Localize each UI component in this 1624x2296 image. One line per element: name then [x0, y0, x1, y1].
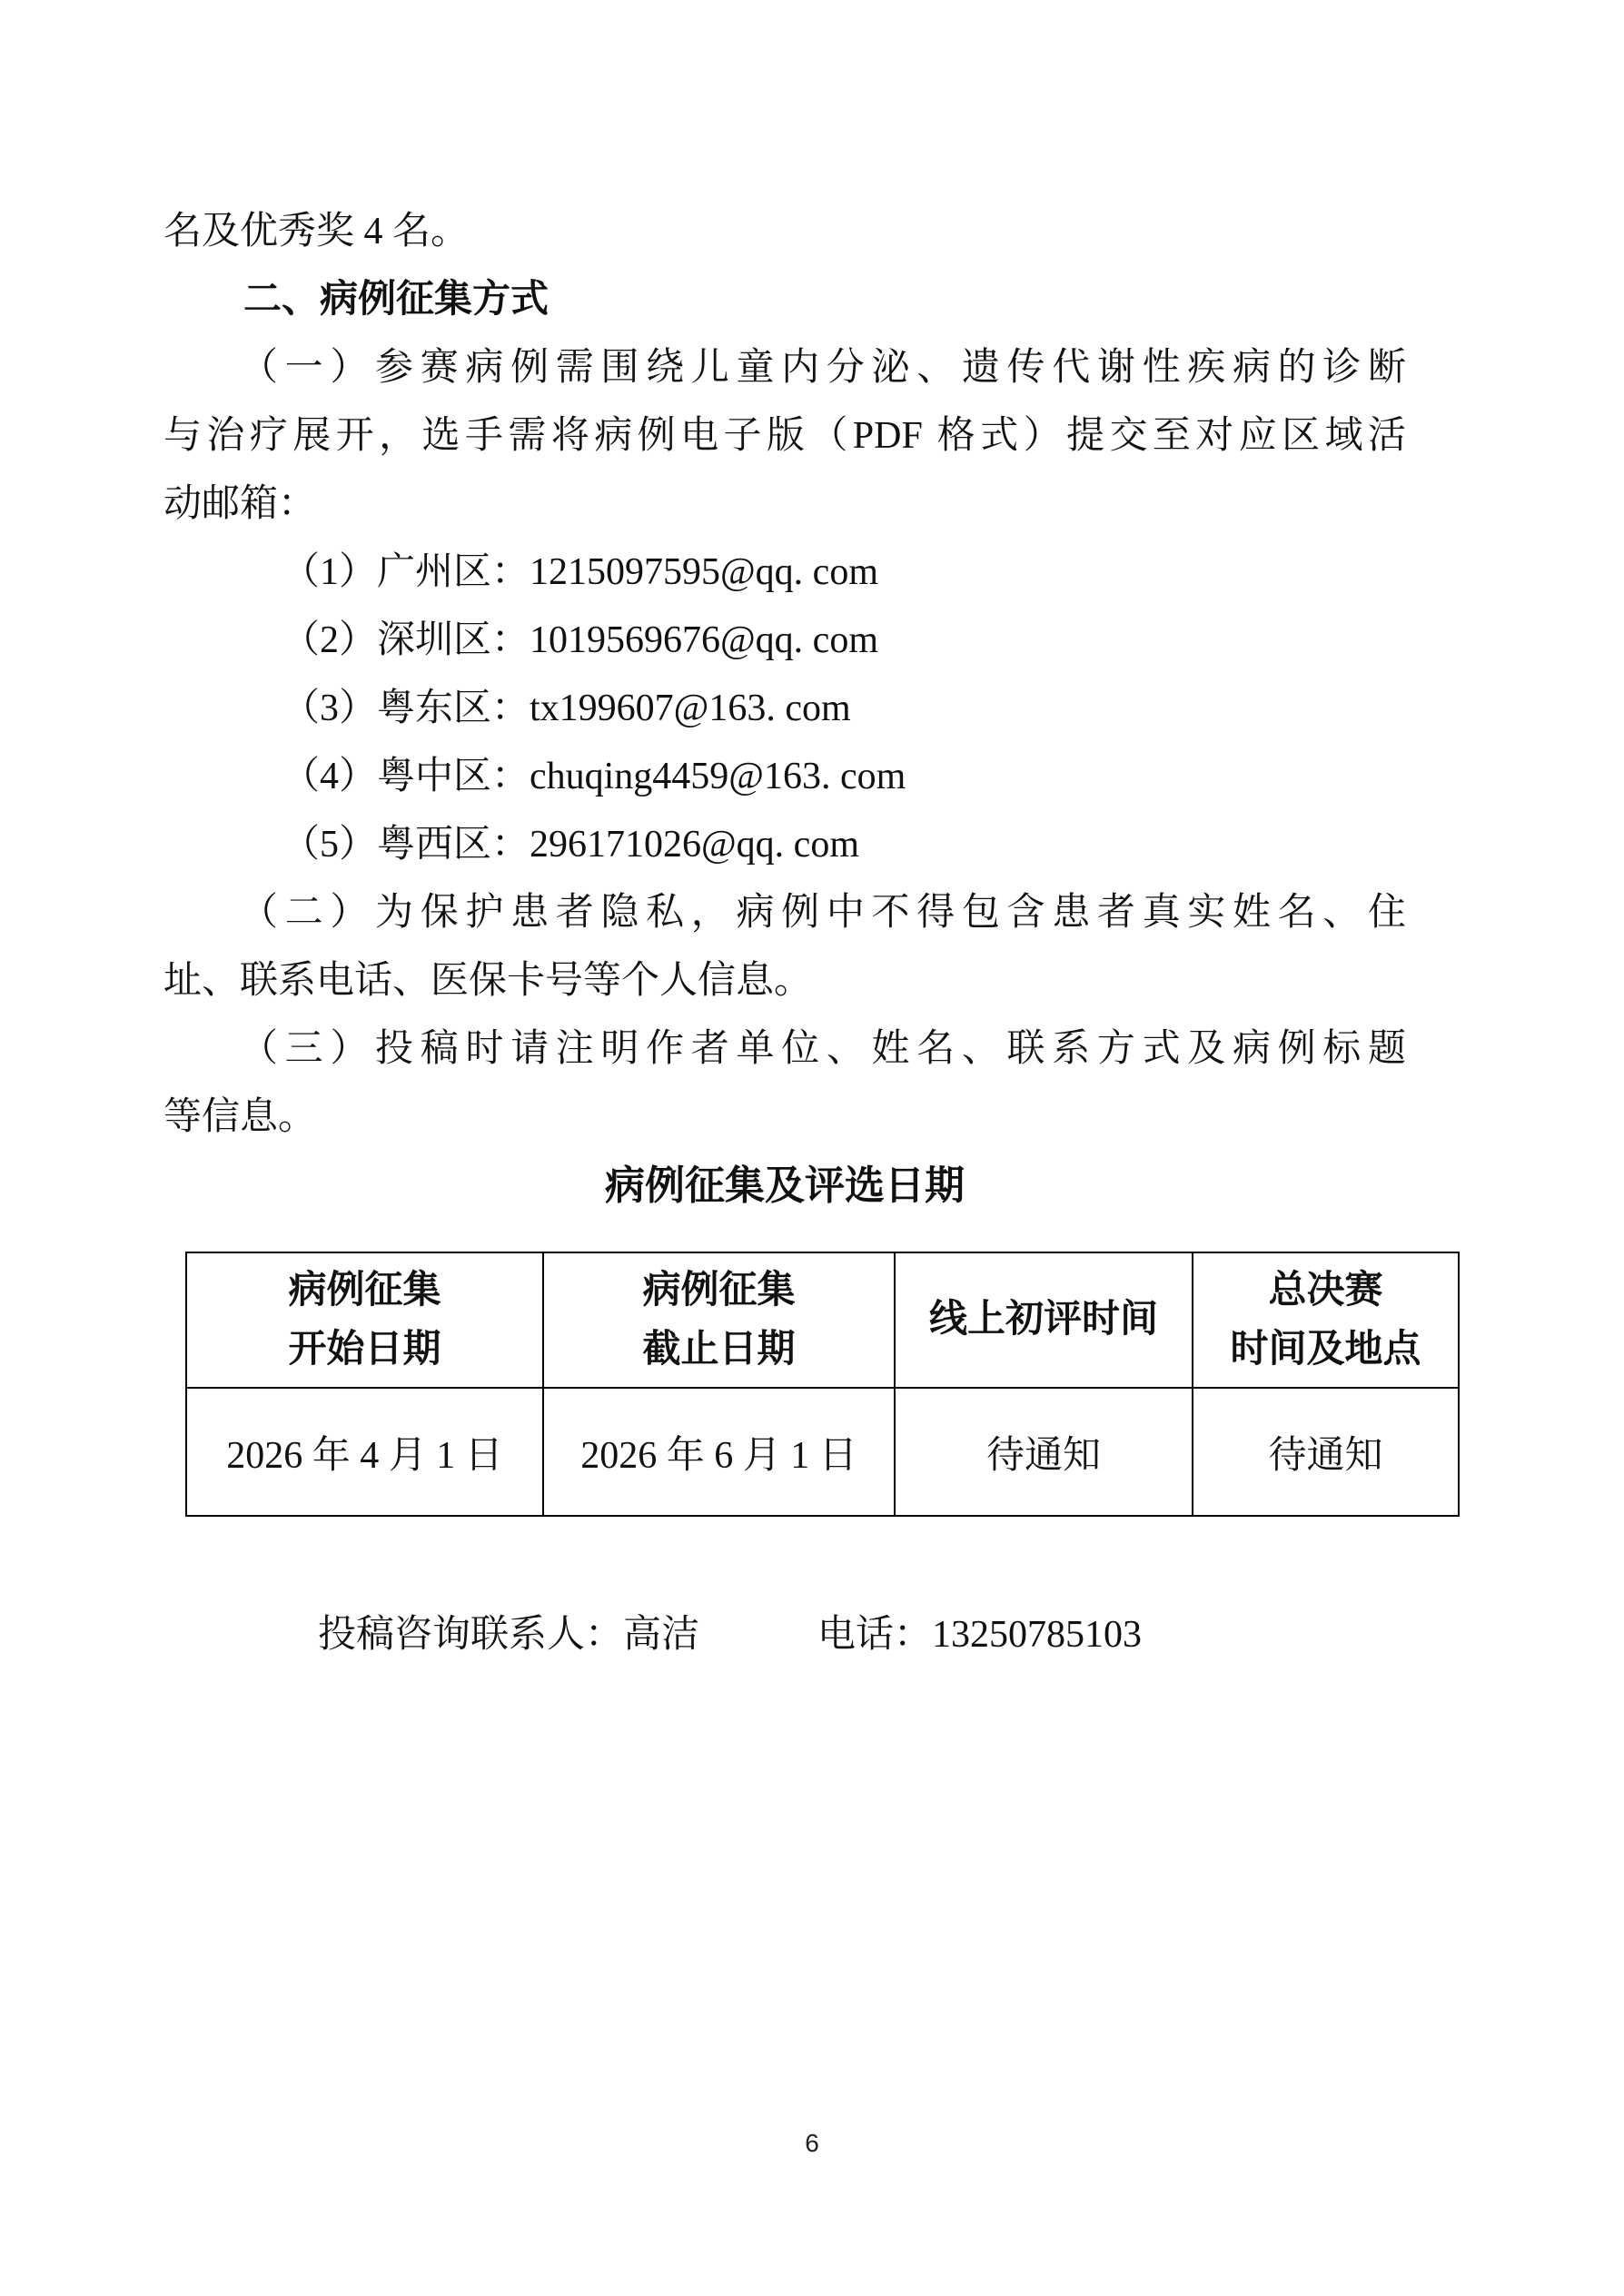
email-item: （1）广州区：1215097595@qq. com [163, 539, 1406, 607]
document-body: 名及优秀奖 4 名。 二、病例征集方式 （一）参赛病例需围绕儿童内分泌、遗传代谢… [163, 198, 1406, 1220]
cell-final: 待通知 [1193, 1388, 1459, 1516]
header-line: 病例征集 [288, 1262, 441, 1321]
header-cell-end-date: 病例征集 截止日期 [543, 1252, 895, 1388]
email-item: （4）粤中区：chuqing4459@163. com [163, 743, 1406, 811]
cell-start-date: 2026 年 4 月 1 日 [186, 1388, 543, 1516]
document-page: 名及优秀奖 4 名。 二、病例征集方式 （一）参赛病例需围绕儿童内分泌、遗传代谢… [0, 0, 1624, 2296]
table-data-row: 2026 年 4 月 1 日 2026 年 6 月 1 日 待通知 待通知 [186, 1388, 1459, 1516]
contact-person: 投稿咨询联系人：高洁 [163, 1614, 699, 1656]
header-line: 总决赛 [1268, 1262, 1382, 1321]
email-item: （3）粤东区：tx199607@163. com [163, 675, 1406, 743]
header-line: 时间及地点 [1230, 1321, 1421, 1380]
header-cell-start-date: 病例征集 开始日期 [186, 1252, 543, 1388]
email-item: （2）深圳区：1019569676@qq. com [163, 607, 1406, 675]
header-cell-online-review: 线上初评时间 [895, 1252, 1193, 1388]
header-line: 线上初评时间 [929, 1291, 1158, 1350]
paragraph-line: 址、联系电话、医保卡号等个人信息。 [163, 947, 1406, 1015]
table-header-row: 病例征集 开始日期 病例征集 截止日期 线上初评时间 [186, 1252, 1459, 1388]
section-heading: 二、病例征集方式 [163, 266, 1406, 334]
header-line: 开始日期 [288, 1321, 441, 1380]
paragraph-line: 与治疗展开，选手需将病例电子版（PDF 格式）提交至对应区域活 [163, 402, 1406, 470]
contact-phone: 电话：13250785103 [817, 1614, 1142, 1656]
header-cell-final: 总决赛 时间及地点 [1193, 1252, 1459, 1388]
schedule-table: 病例征集 开始日期 病例征集 截止日期 线上初评时间 [185, 1252, 1460, 1517]
email-item: （5）粤西区：296171026@qq. com [163, 811, 1406, 879]
paragraph-line: （一）参赛病例需围绕儿童内分泌、遗传代谢性疾病的诊断 [163, 334, 1406, 402]
cell-online-review: 待通知 [895, 1388, 1193, 1516]
contact-line: 投稿咨询联系人：高洁电话：13250785103 [163, 1601, 1406, 1669]
page-number: 6 [0, 2129, 1624, 2158]
intro-line: 名及优秀奖 4 名。 [163, 198, 1406, 266]
paragraph-line: （三）投稿时请注明作者单位、姓名、联系方式及病例标题 [163, 1015, 1406, 1084]
table-title: 病例征集及评选日期 [163, 1152, 1406, 1220]
paragraph-line: （二）为保护患者隐私，病例中不得包含患者真实姓名、住 [163, 879, 1406, 947]
header-line: 病例征集 [642, 1262, 795, 1321]
paragraph-line: 等信息。 [163, 1084, 1406, 1152]
paragraph-line: 动邮箱： [163, 470, 1406, 539]
header-line: 截止日期 [642, 1321, 795, 1380]
cell-end-date: 2026 年 6 月 1 日 [543, 1388, 895, 1516]
